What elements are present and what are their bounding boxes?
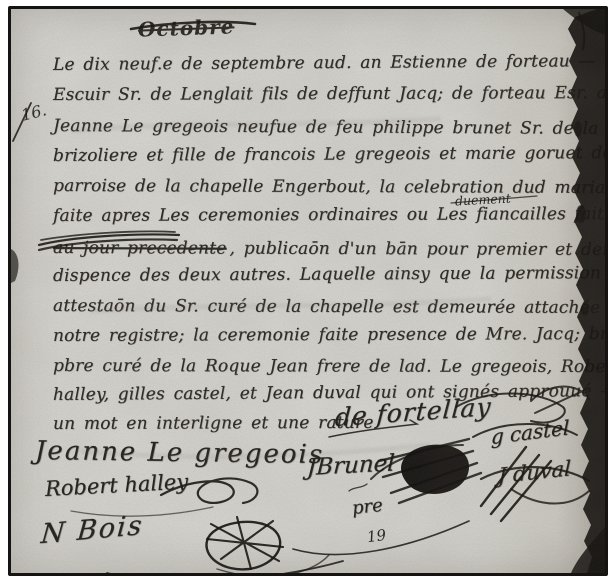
signature-duval: J duval <box>498 456 572 488</box>
manuscript-line: au jour precedente, publicaōn d'un bān p… <box>53 240 605 259</box>
manuscript-line: brizoliere et fille de francois Le grege… <box>53 145 605 165</box>
signature-jeanne-legregeois: Jeanne Le gregeois <box>35 436 325 470</box>
manuscript-line: attestaōn du Sr. curé de la chapelle est… <box>53 298 605 317</box>
struck-phrase: au jour precedente <box>53 238 227 259</box>
priest-abbreviation: pre <box>351 495 384 519</box>
manuscript-line: notre registre; la ceremonie faite prese… <box>53 326 605 345</box>
margin-entry-number: 16. <box>19 100 48 125</box>
page-number: 19 <box>366 526 387 546</box>
manuscript-line: un mot en interligne et une rature <box>53 415 374 433</box>
manuscript-line: pbre curé de la Roque Jean frere de lad.… <box>53 358 605 376</box>
manuscript-line-rest: , publicaōn d'un bān pour premier et der… <box>229 239 605 260</box>
manuscript-line: faite apres Les ceremonies ordinaires ou… <box>53 206 605 225</box>
manuscript-line: Escuir Sr. de Lenglait fils de deffunt J… <box>53 85 605 104</box>
manuscript-line: Le dix neuf.e de septembre aud. an Estie… <box>53 53 596 74</box>
manuscript-line: dispence des deux autres. Laquelle ainsy… <box>53 265 605 285</box>
photo-frame: Octobre 16. Le dix neuf.e de septembre a… <box>8 6 608 576</box>
signature-bois: N Bois <box>40 510 145 550</box>
signature-castel: g castel <box>491 415 570 449</box>
signature-jbrunel: JBrunel <box>306 450 395 481</box>
scanned-register-page: Octobre 16. Le dix neuf.e de septembre a… <box>0 0 616 584</box>
manuscript-line: parroise de la chapelle Engerbout, la ce… <box>53 178 605 197</box>
interlinear-insertion: duement <box>455 191 511 209</box>
manuscript-paper: Octobre 16. Le dix neuf.e de septembre a… <box>11 9 605 573</box>
manuscript-line: halley, gilles castel, et Jean duval qui… <box>53 383 605 404</box>
manuscript-line: Jeanne Le gregeois neufue de feu philipp… <box>53 118 605 138</box>
signature-halley: Robert halley <box>44 470 188 501</box>
month-heading-struck: Octobre <box>138 14 235 41</box>
